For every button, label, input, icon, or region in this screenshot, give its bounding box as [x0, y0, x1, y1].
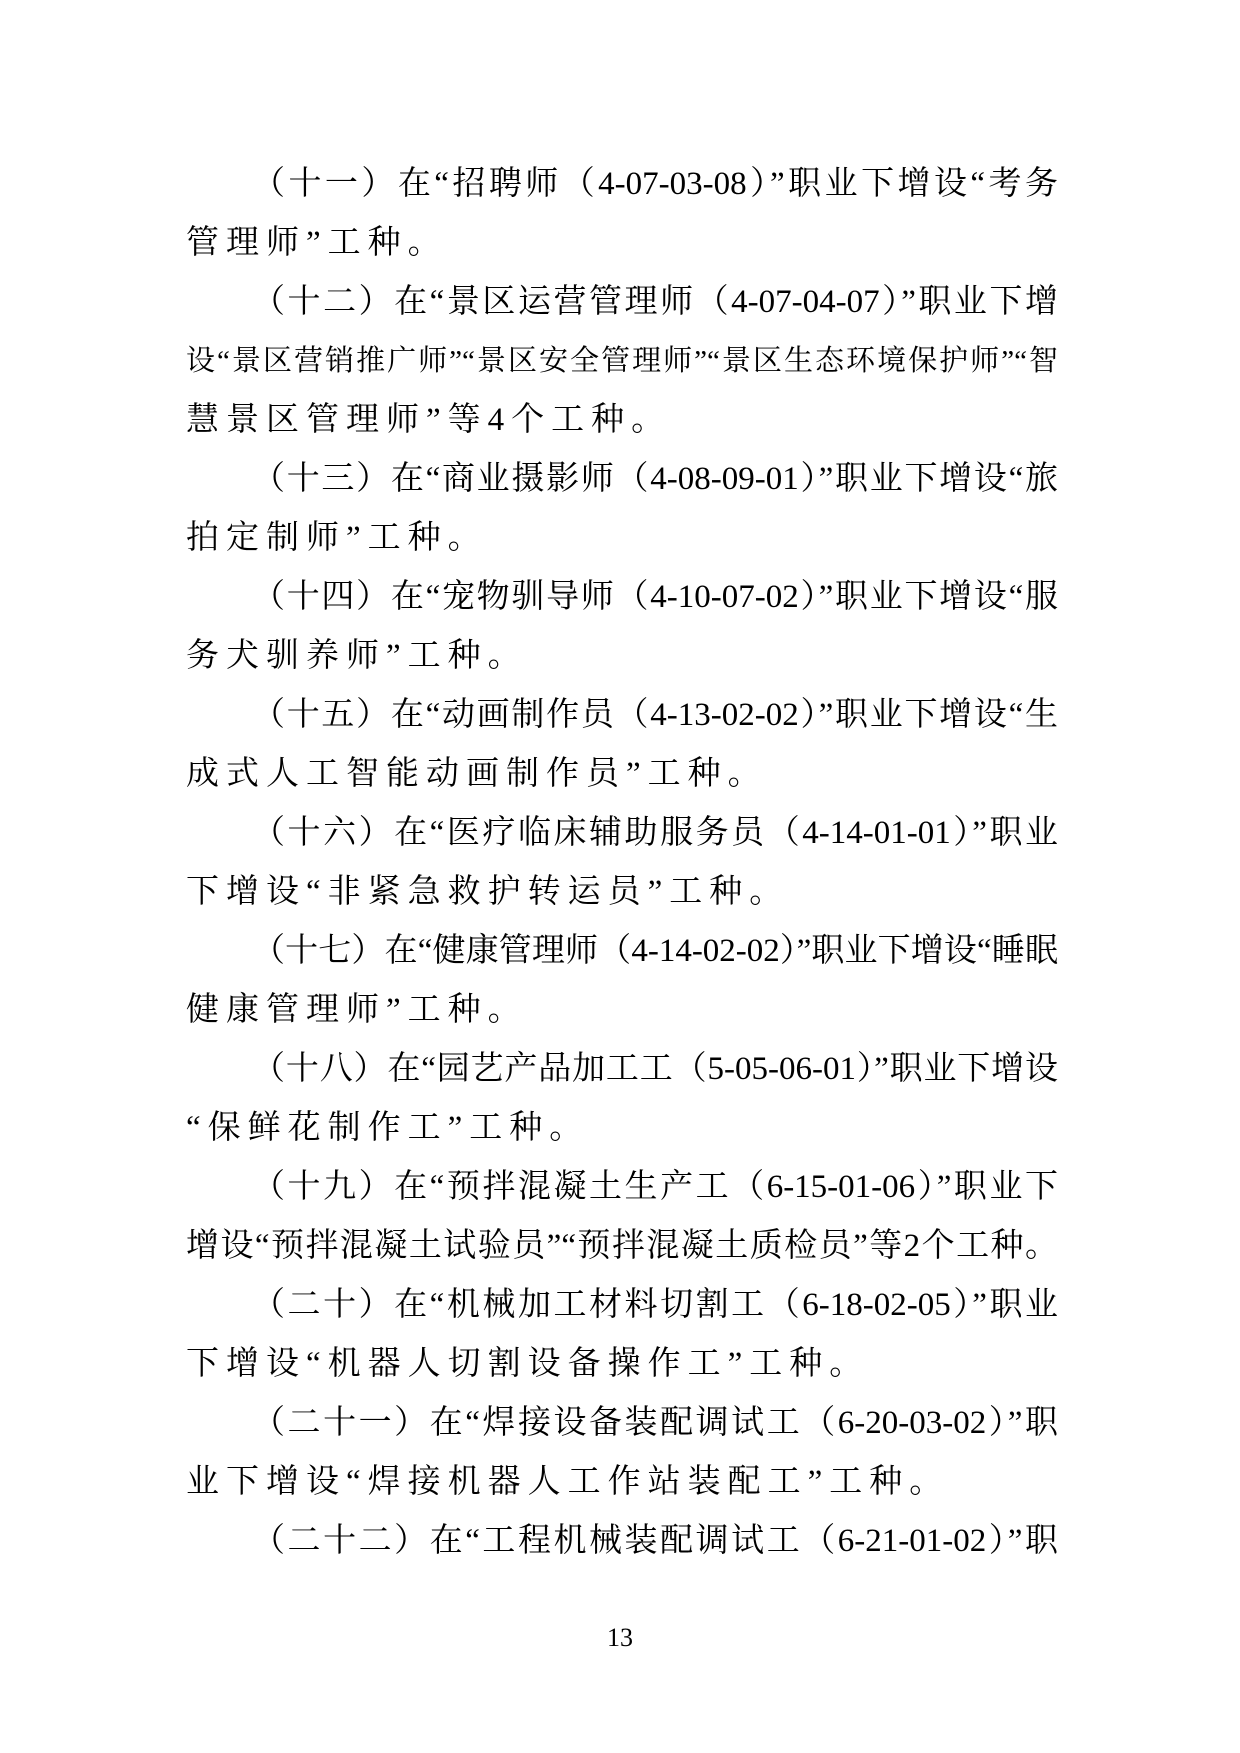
text-line: 务犬驯养师”工种。 [186, 627, 1058, 686]
document-body: （十一）在“招聘师（4-07-03-08）”职业下增设“考务 管理师”工种。 （… [186, 155, 1058, 1571]
text-line: （二十一）在“焊接设备装配调试工（6-20-03-02）”职 [186, 1394, 1058, 1453]
text-line: （十一）在“招聘师（4-07-03-08）”职业下增设“考务 [186, 155, 1058, 214]
text-line: 业下增设“焊接机器人工作站装配工”工种。 [186, 1453, 1058, 1512]
text-line: （十四）在“宠物驯导师（4-10-07-02）”职业下增设“服 [186, 568, 1058, 627]
text-line: 设“景区营销推广师”“景区安全管理师”“景区生态环境保护师”“智 [186, 332, 1058, 391]
paragraph-item-17: （十七）在“健康管理师（4-14-02-02）”职业下增设“睡眠 健康管理师”工… [186, 922, 1058, 1040]
page-number: 13 [0, 1622, 1240, 1654]
text-line: （二十）在“机械加工材料切割工（6-18-02-05）”职业 [186, 1276, 1058, 1335]
text-line: 健康管理师”工种。 [186, 981, 1058, 1040]
document-page: （十一）在“招聘师（4-07-03-08）”职业下增设“考务 管理师”工种。 （… [0, 0, 1240, 1753]
text-line: （十八）在“园艺产品加工工（5-05-06-01）”职业下增设 [186, 1040, 1058, 1099]
paragraph-item-20: （二十）在“机械加工材料切割工（6-18-02-05）”职业 下增设“机器人切割… [186, 1276, 1058, 1394]
text-line: （十二）在“景区运营管理师（4-07-04-07）”职业下增 [186, 273, 1058, 332]
text-line: （十六）在“医疗临床辅助服务员（4-14-01-01）”职业 [186, 804, 1058, 863]
text-line: 慧景区管理师”等4个工种。 [186, 391, 1058, 450]
text-line: 增设“预拌混凝土试验员”“预拌混凝土质检员”等2个工种。 [186, 1217, 1058, 1276]
paragraph-item-19: （十九）在“预拌混凝土生产工（6-15-01-06）”职业下 增设“预拌混凝土试… [186, 1158, 1058, 1276]
paragraph-item-22: （二十二）在“工程机械装配调试工（6-21-01-02）”职 [186, 1512, 1058, 1571]
paragraph-item-12: （十二）在“景区运营管理师（4-07-04-07）”职业下增 设“景区营销推广师… [186, 273, 1058, 450]
paragraph-item-16: （十六）在“医疗临床辅助服务员（4-14-01-01）”职业 下增设“非紧急救护… [186, 804, 1058, 922]
text-line: （二十二）在“工程机械装配调试工（6-21-01-02）”职 [186, 1512, 1058, 1571]
text-line: 成式人工智能动画制作员”工种。 [186, 745, 1058, 804]
paragraph-item-21: （二十一）在“焊接设备装配调试工（6-20-03-02）”职 业下增设“焊接机器… [186, 1394, 1058, 1512]
text-line: “保鲜花制作工”工种。 [186, 1099, 1058, 1158]
text-line: 下增设“非紧急救护转运员”工种。 [186, 863, 1058, 922]
paragraph-item-15: （十五）在“动画制作员（4-13-02-02）”职业下增设“生 成式人工智能动画… [186, 686, 1058, 804]
text-line: （十九）在“预拌混凝土生产工（6-15-01-06）”职业下 [186, 1158, 1058, 1217]
text-line: （十五）在“动画制作员（4-13-02-02）”职业下增设“生 [186, 686, 1058, 745]
text-line: （十七）在“健康管理师（4-14-02-02）”职业下增设“睡眠 [186, 922, 1058, 981]
paragraph-item-11: （十一）在“招聘师（4-07-03-08）”职业下增设“考务 管理师”工种。 [186, 155, 1058, 273]
paragraph-item-13: （十三）在“商业摄影师（4-08-09-01）”职业下增设“旅 拍定制师”工种。 [186, 450, 1058, 568]
text-line: 下增设“机器人切割设备操作工”工种。 [186, 1335, 1058, 1394]
text-line: 拍定制师”工种。 [186, 509, 1058, 568]
paragraph-item-18: （十八）在“园艺产品加工工（5-05-06-01）”职业下增设 “保鲜花制作工”… [186, 1040, 1058, 1158]
paragraph-item-14: （十四）在“宠物驯导师（4-10-07-02）”职业下增设“服 务犬驯养师”工种… [186, 568, 1058, 686]
text-line: 管理师”工种。 [186, 214, 1058, 273]
text-line: （十三）在“商业摄影师（4-08-09-01）”职业下增设“旅 [186, 450, 1058, 509]
